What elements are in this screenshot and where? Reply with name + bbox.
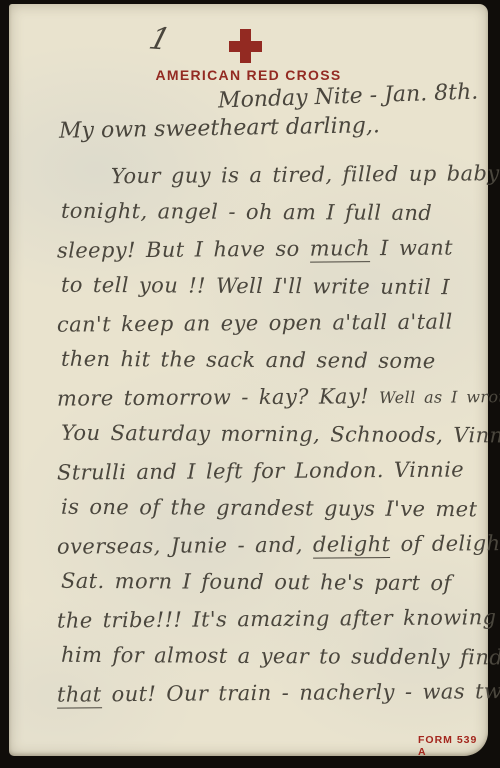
letter-line: sleepy! But I have so much I want	[57, 229, 474, 269]
letter-line-segment: can't keep an eye open a'tall a'tall	[57, 310, 453, 337]
salutation: My own sweetheart darling,.	[59, 113, 380, 144]
letter-line: Strulli and I left for London. Vinnie	[57, 451, 474, 491]
page-number: 1	[145, 21, 174, 57]
letter-line-segment: the tribe!!! It's amazing after knowing	[57, 605, 497, 632]
red-cross-icon	[229, 29, 262, 63]
letter-line-segment: Strulli and I left for London. Vinnie	[57, 457, 464, 484]
letter-line: then hit the sack and send some	[57, 341, 474, 381]
letter-line-segment: Sat. morn I found out he's part of	[61, 569, 452, 595]
form-number: FORM 539 A	[418, 734, 488, 758]
letter-line: Sat. morn I found out he's part of	[57, 563, 474, 603]
scan-background: 1 AMERICAN RED CROSS Monday Nite - Jan. …	[0, 0, 500, 768]
letter-line-segment: Well as I wrote	[379, 387, 500, 407]
letter-page: 1 AMERICAN RED CROSS Monday Nite - Jan. …	[9, 4, 488, 756]
letter-line: Your guy is a tired, filled up baby	[57, 155, 474, 195]
letter-line-segment: overseas, Junie - and,	[57, 533, 313, 559]
letter-line-segment: out! Our train - nacherly - was two	[101, 679, 500, 706]
letter-line: that out! Our train - nacherly - was two	[57, 673, 474, 713]
letter-line-segment: Your guy is a tired, filled up baby	[111, 161, 500, 188]
letter-line: him for almost a year to suddenly find	[57, 637, 474, 677]
letter-line: can't keep an eye open a'tall a'tall	[57, 303, 474, 343]
letter-line-segment: is one of the grandest guys I've met	[61, 495, 478, 522]
letter-line: overseas, Junie - and, delight of deligh…	[57, 525, 474, 565]
letter-line-segment: of delights	[390, 531, 500, 556]
red-cross-horizontal-bar	[229, 41, 262, 52]
letter-line: tonight, angel - oh am I full and	[57, 193, 474, 233]
letter-body: Your guy is a tired, filled up babytonig…	[57, 157, 474, 712]
letter-line-segment: that	[57, 682, 102, 708]
letter-line-segment: then hit the sack and send some	[61, 347, 436, 373]
letter-line-segment: to tell you !! Well I'll write until I	[61, 273, 450, 299]
date-line: Monday Nite - Jan. 8th.	[217, 79, 478, 113]
letter-line: to tell you !! Well I'll write until I	[57, 267, 474, 307]
letter-line: You Saturday morning, Schnoods, Vinnie	[57, 415, 474, 455]
letter-line: the tribe!!! It's amazing after knowing	[57, 599, 474, 639]
letter-line-segment: more tomorrow - kay? Kay!	[57, 384, 379, 411]
letter-line: is one of the grandest guys I've met	[57, 489, 474, 529]
letter-line: more tomorrow - kay? Kay! Well as I wrot…	[57, 377, 474, 417]
letter-line-segment: tonight, angel - oh am I full and	[61, 199, 432, 225]
letter-line-segment: You Saturday morning, Schnoods, Vinnie	[61, 421, 500, 448]
letter-line-segment: delight	[313, 532, 391, 559]
letter-line-segment: him for almost a year to suddenly find	[61, 643, 500, 670]
letter-line-segment: I want	[370, 236, 453, 261]
letter-line-segment: much	[310, 236, 371, 262]
letter-line-segment: sleepy! But I have so	[57, 237, 310, 263]
